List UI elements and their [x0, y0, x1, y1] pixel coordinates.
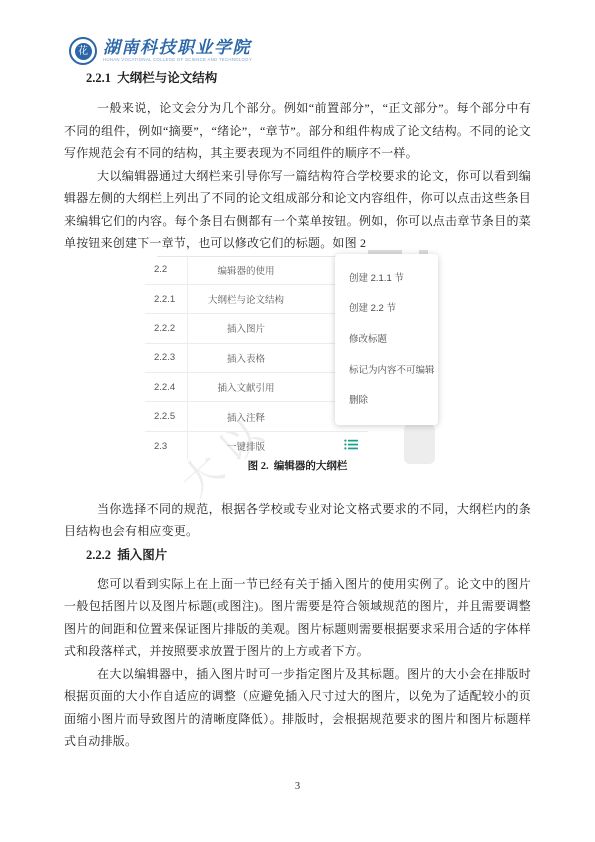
table-top-line: [157, 256, 347, 257]
page-content: 2.2.1 大纲栏与论文结构 一般来说，论文会分为几个部分。例如“前置部分”，“…: [64, 70, 531, 753]
table-column-divider: [187, 256, 188, 461]
paragraph-1: 一般来说，论文会分为几个部分。例如“前置部分”，“正文部分”。每个部分中有不同的…: [64, 97, 531, 165]
outline-row-title: 编辑器的使用: [187, 263, 305, 277]
page-number: 3: [0, 781, 595, 792]
outline-row-number: 2.2.2: [145, 323, 187, 334]
figure-2-outline-panel: 2.2 编辑器的使用 2.2.1 大纲栏与论文结构 2.2.2 插入图片 2.2…: [64, 258, 531, 458]
one-click-format-list-icon: [344, 437, 358, 455]
section-heading-2-2-1: 2.2.1 大纲栏与论文结构: [64, 70, 531, 86]
outline-row-number: 2.2.3: [145, 352, 187, 363]
menu-item-mark-readonly: 标记为内容不可编辑: [335, 362, 438, 376]
college-name-cn: 湖南科技职业学院: [103, 39, 310, 57]
college-logo-text: 湖南科技职业学院 HUNAN VOCATIONAL COLLEGE OF SCI…: [103, 39, 310, 64]
college-logo: 花 湖南科技职业学院 HUNAN VOCATIONAL COLLEGE OF S…: [69, 37, 310, 65]
outline-row-number: 2.2.5: [145, 411, 187, 422]
outline-row-number: 2.2.1: [145, 294, 187, 305]
paragraph-2: 大以编辑器通过大纲栏来引导你写一篇结构符合学校要求的论文，你可以看到编辑器左侧的…: [64, 165, 531, 255]
outline-row-title: 插入注释: [187, 410, 305, 424]
outline-row-number: 2.2: [145, 264, 187, 275]
outline-row-title: 插入文献引用: [187, 380, 305, 394]
outline-row-number: 2.2.4: [145, 382, 187, 393]
outline-row-title: 一键排版: [187, 439, 305, 453]
college-emblem-icon: 花: [69, 37, 97, 65]
outline-row-number: 2.3: [145, 441, 187, 452]
paragraph-5: 在大以编辑器中，插入图片时可一步指定图片及其标题。图片的大小会在排版时根据页面的…: [64, 663, 531, 753]
menu-item-create-section: 创建 2.2 节: [335, 300, 438, 314]
paragraph-3: 当你选择不同的规范，根据各学校或专业对论文格式要求的不同，大纲栏内的条目结构也会…: [64, 498, 531, 543]
menu-item-rename-title: 修改标题: [335, 331, 438, 345]
menu-item-delete: 删除: [335, 392, 438, 406]
outline-row-title: 大纲栏与论文结构: [187, 292, 305, 306]
menu-item-create-subsection: 创建 2.1.1 节: [335, 270, 438, 284]
emblem-glyph: 花: [75, 43, 92, 60]
outline-row-title: 插入图片: [187, 321, 305, 335]
outline-row-title: 插入表格: [187, 351, 305, 365]
context-menu-popup: 创建 2.1.1 节 创建 2.2 节 修改标题 标记为内容不可编辑 删除: [335, 254, 438, 425]
background-scrollbar-fragment: [404, 424, 435, 464]
outline-row: 2.3 一键排版: [145, 431, 368, 460]
section-heading-2-2-2: 2.2.2 插入图片: [64, 547, 531, 563]
paragraph-4: 您可以看到实际上在上面一节已经有关于插入图片的使用实例了。论文中的图片一般包括图…: [64, 573, 531, 663]
document-page: 花 湖南科技职业学院 HUNAN VOCATIONAL COLLEGE OF S…: [0, 0, 595, 842]
college-name-en: HUNAN VOCATIONAL COLLEGE OF SCIENCE AND …: [103, 58, 252, 62]
figure-caption: 图 2. 编辑器的大纲栏: [64, 460, 531, 474]
